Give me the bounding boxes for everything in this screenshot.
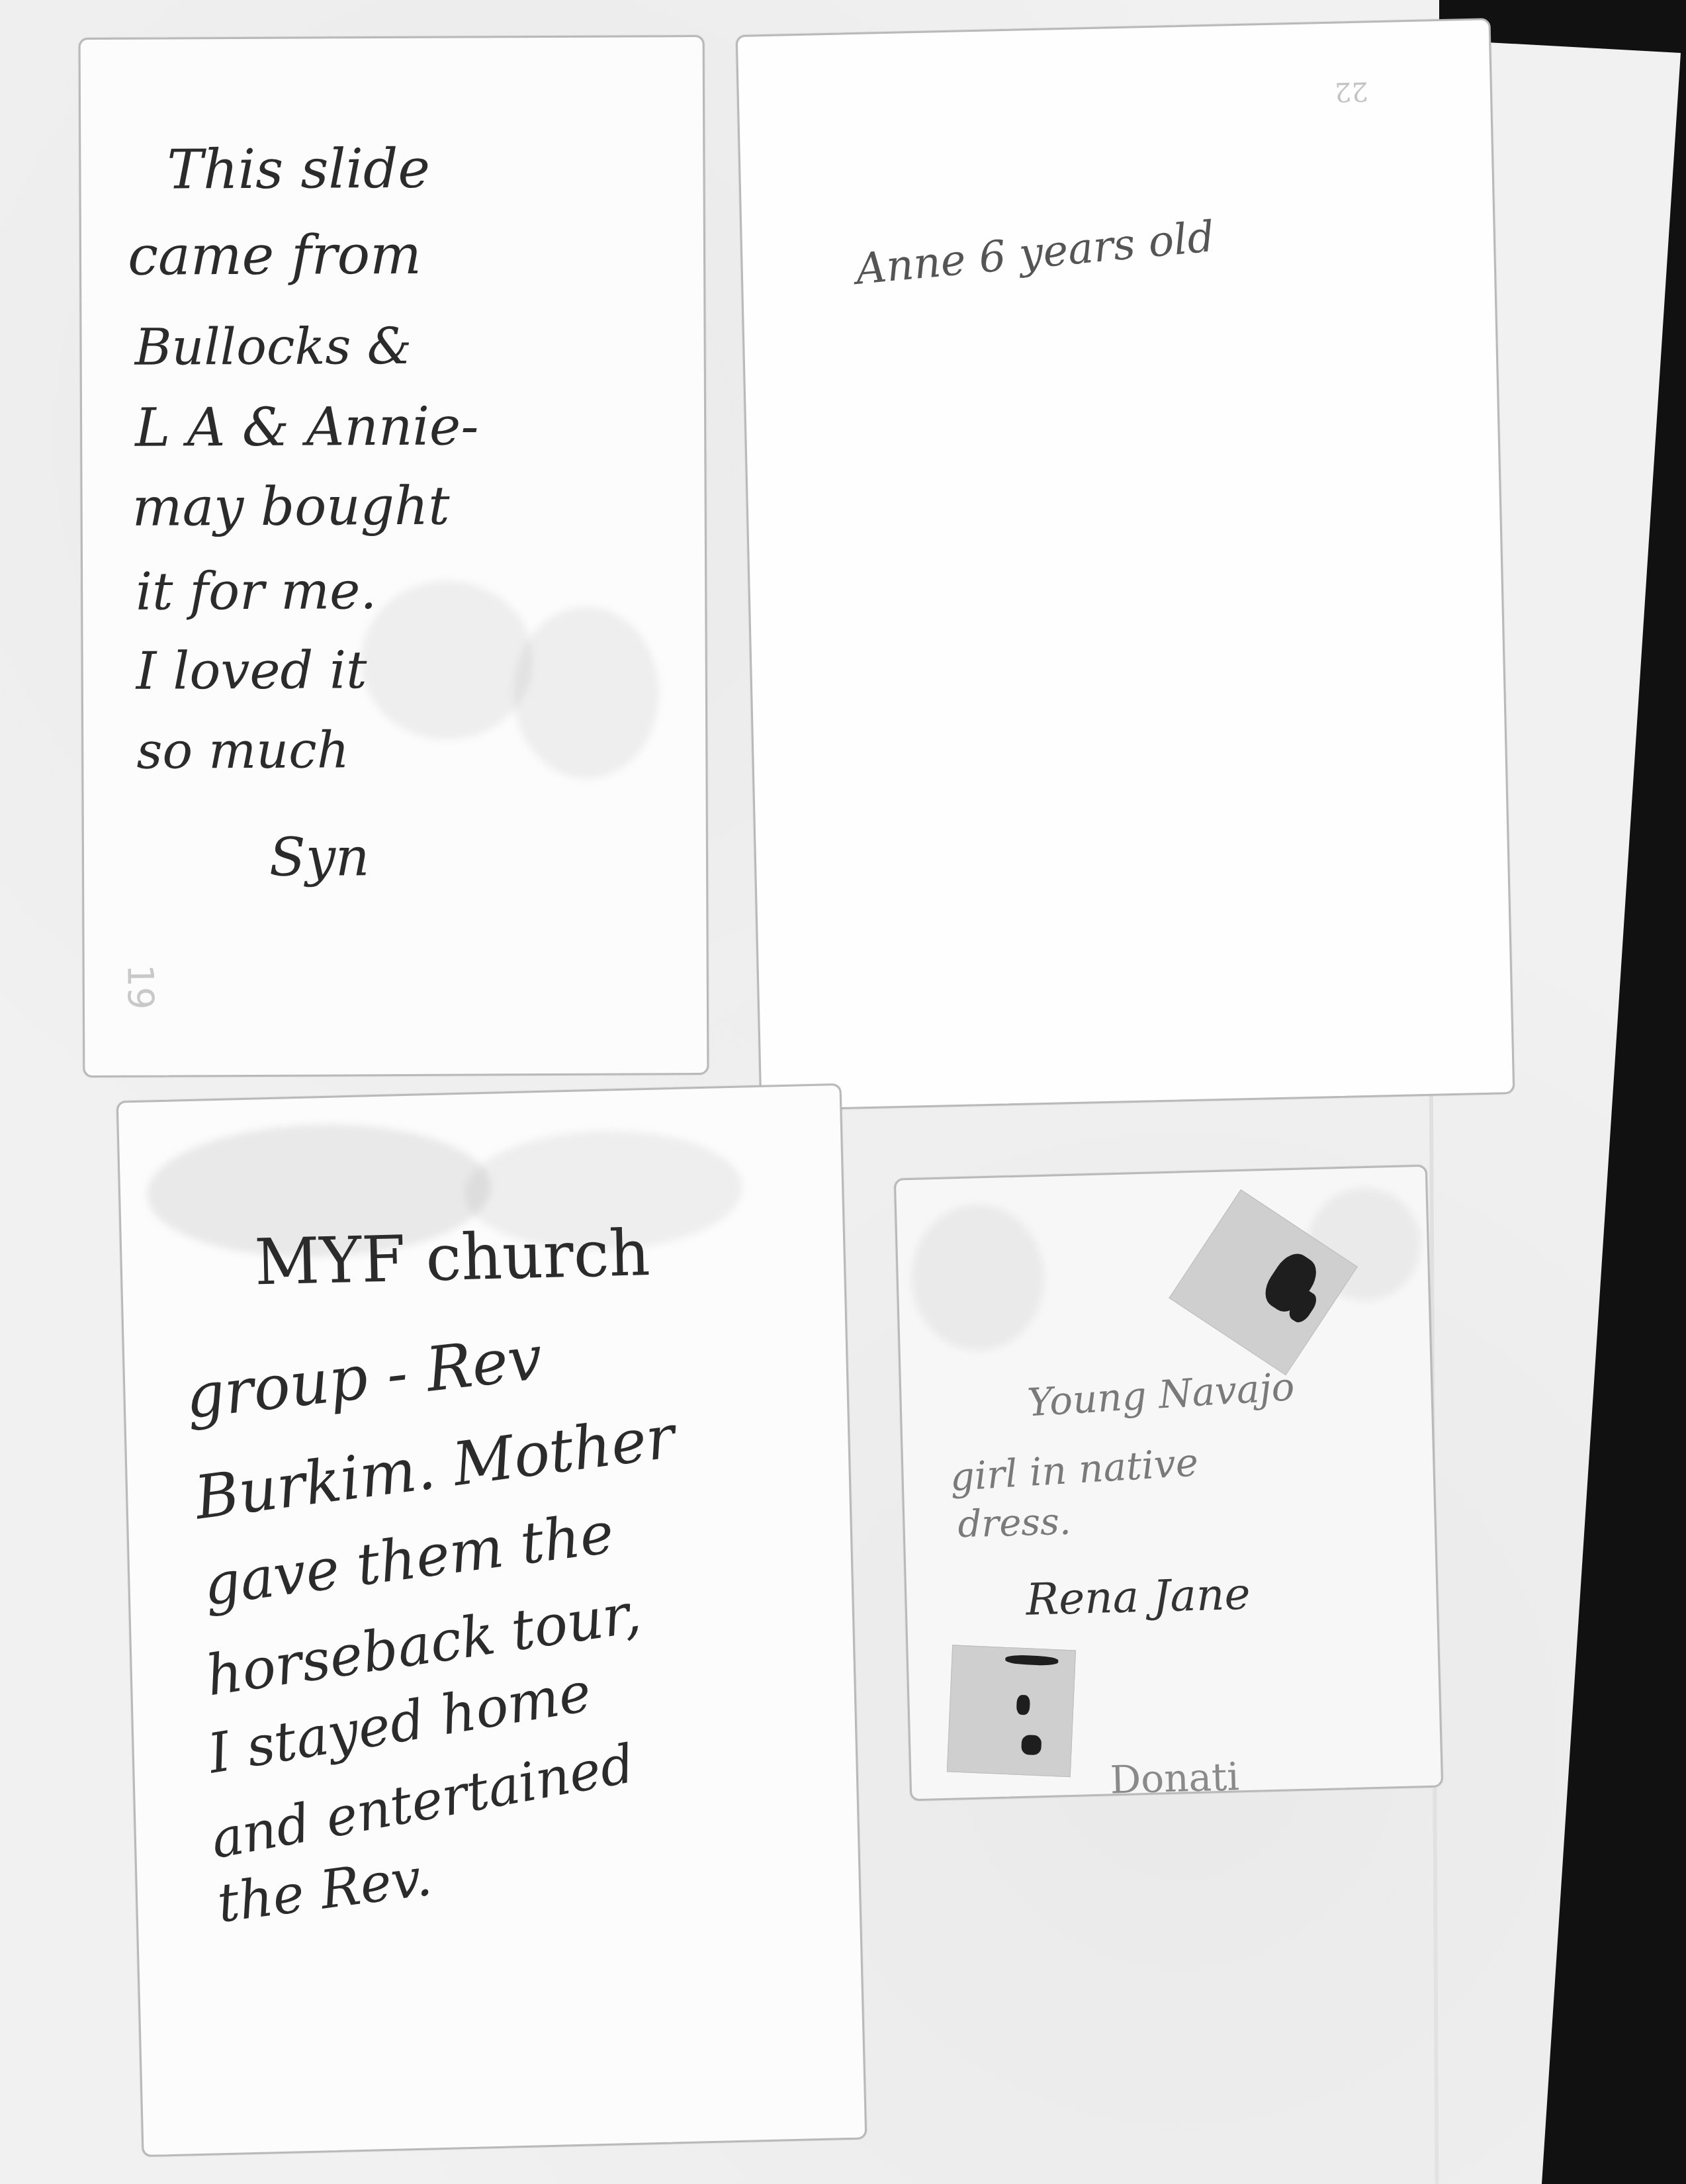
corner-mark: 22 (1334, 75, 1368, 107)
photo-card-bottom-left: MYF church group - Rev Burkim. Mother ga… (116, 1083, 867, 2157)
photo-card-top-right: 22 Anne 6 years old (736, 18, 1515, 1111)
note-line-5: may bought (132, 475, 449, 538)
stain (361, 580, 533, 740)
photo-card-bottom-right: Young Navajo girl in native dress. Rena … (894, 1165, 1443, 1801)
signature: Syn (269, 826, 370, 888)
note-line-3: dress. (957, 1500, 1072, 1546)
note-line-3: Bullocks & (134, 316, 412, 377)
note-line-8: so much (136, 720, 349, 780)
note-line-1: MYF church (253, 1216, 650, 1300)
note-line-2: came from (128, 224, 421, 288)
signature: Rena Jane (1026, 1569, 1251, 1625)
photo-card-top-left: This slide came from Bullocks & L A & An… (79, 35, 709, 1077)
note-line-2: girl in native (949, 1439, 1200, 1500)
note-line-1: Anne 6 years old (854, 212, 1216, 295)
note-line-4: L A & Annie- (135, 395, 479, 458)
note-line-1: This slide (167, 138, 430, 202)
note-line-6: it for me. (136, 561, 377, 622)
note-line-2: group - Rev (182, 1322, 546, 1433)
studio-mark: Donati (1110, 1754, 1240, 1802)
tape-piece-bottom (947, 1645, 1076, 1777)
stain (910, 1203, 1046, 1352)
note-line-1: Young Navajo (1026, 1364, 1296, 1426)
stamp-number: 19 (120, 964, 161, 1010)
note-line-7: I loved it (136, 641, 367, 702)
stain (513, 606, 659, 779)
